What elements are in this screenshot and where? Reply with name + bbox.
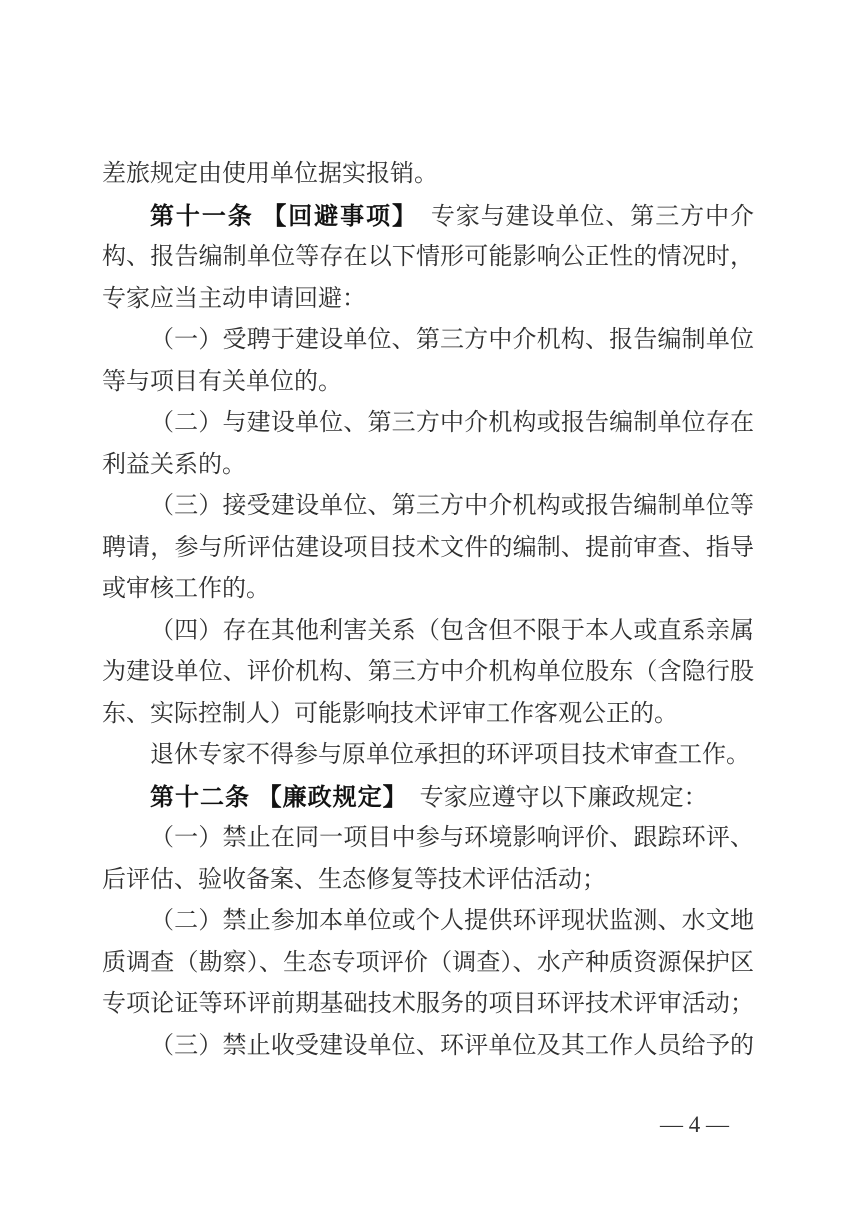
- article-12-heading: 第十二条 【廉政规定】: [150, 784, 396, 811]
- text-line: 或审核工作的。: [102, 569, 754, 611]
- text-line: 聘请，参与所评估建设项目技术文件的编制、提前审查、指导: [102, 528, 754, 570]
- text-line: 为建设单位、评价机构、第三方中介机构单位股东（含隐行股: [102, 652, 754, 694]
- text-line clause-item: （二）与建设单位、第三方中介机构或报告编制单位存在: [102, 403, 754, 445]
- text-line: 利益关系的。: [102, 445, 754, 487]
- text-line: 差旅规定由使用单位据实报销。: [102, 154, 754, 196]
- text-run: （二）与建设单位、第三方中介机构或报告编制单位存在: [150, 410, 754, 436]
- text-line: 后评估、验收备案、生态修复等技术评估活动；: [102, 860, 754, 902]
- text-line clause-item: （一）禁止在同一项目中参与环境影响评价、跟踪环评、: [102, 818, 754, 860]
- text-line: 构、报告编制单位等存在以下情形可能影响公正性的情况时，: [102, 237, 754, 279]
- text-run: （四）存在其他利害关系（包含但不限于本人或直系亲属: [150, 618, 754, 644]
- text-line clause-item: （二）禁止参加本单位或个人提供环评现状监测、水文地: [102, 901, 754, 943]
- text-run: （三）接受建设单位、第三方中介机构或报告编制单位等: [150, 493, 754, 519]
- text-run: 专家应遵守以下廉政规定：: [396, 785, 708, 811]
- text-run: （一）受聘于建设单位、第三方中介机构、报告编制单位: [150, 327, 754, 353]
- text-run: 差旅规定由使用单位据实报销。: [102, 161, 438, 187]
- text-run: 退休专家不得参与原单位承担的环评项目技术审查工作。: [150, 742, 750, 768]
- text-line clause-item: （三）接受建设单位、第三方中介机构或报告编制单位等: [102, 486, 754, 528]
- text-run: 东、实际控制人）可能影响技术评审工作客观公正的。: [102, 701, 678, 727]
- text-run: （二）禁止参加本单位或个人提供环评现状监测、水文地: [150, 908, 754, 934]
- text-run: 为建设单位、评价机构、第三方中介机构单位股东（含隐行股: [102, 659, 754, 685]
- text-line: 第十一条 【回避事项】 专家与建设单位、第三方中介机: [102, 196, 754, 238]
- text-line: 质调查（勘察）、生态专项评价（调查）、水产种质资源保护区: [102, 943, 754, 985]
- text-run: （一）禁止在同一项目中参与环境影响评价、跟踪环评、: [150, 825, 754, 851]
- text-run: 质调查（勘察）、生态专项评价（调查）、水产种质资源保护区: [102, 950, 754, 976]
- article-11-heading: 第十一条 【回避事项】: [150, 203, 406, 230]
- text-run: 专家应当主动申请回避：: [102, 286, 366, 312]
- text-line: 退休专家不得参与原单位承担的环评项目技术审查工作。: [102, 735, 754, 777]
- text-run: 利益关系的。: [102, 452, 246, 478]
- text-line: 专家应当主动申请回避：: [102, 279, 754, 321]
- page-number: — 4 —: [637, 1110, 752, 1140]
- text-line clause-item: （三）禁止收受建设单位、环评单位及其工作人员给予的: [102, 1026, 754, 1068]
- text-line: 专项论证等环评前期基础技术服务的项目环评技术评审活动；: [102, 984, 754, 1026]
- text-line clause-item: （四）存在其他利害关系（包含但不限于本人或直系亲属: [102, 611, 754, 653]
- text-run: 或审核工作的。: [102, 576, 270, 602]
- text-run: 聘请，参与所评估建设项目技术文件的编制、提前审查、指导: [102, 535, 754, 561]
- text-line: 第十二条 【廉政规定】 专家应遵守以下廉政规定：: [102, 777, 754, 819]
- document-page: 差旅规定由使用单位据实报销。 第十一条 【回避事项】 专家与建设单位、第三方中介…: [0, 0, 868, 1227]
- text-run: 后评估、验收备案、生态修复等技术评估活动；: [102, 867, 606, 893]
- document-body: 差旅规定由使用单位据实报销。 第十一条 【回避事项】 专家与建设单位、第三方中介…: [102, 154, 754, 1067]
- text-run: 构、报告编制单位等存在以下情形可能影响公正性的情况时，: [102, 244, 754, 270]
- text-run: （三）禁止收受建设单位、环评单位及其工作人员给予的: [150, 1033, 754, 1059]
- text-line: 等与项目有关单位的。: [102, 362, 754, 404]
- text-run: 专项论证等环评前期基础技术服务的项目环评技术评审活动；: [102, 991, 754, 1017]
- text-run: 等与项目有关单位的。: [102, 369, 342, 395]
- text-line: 东、实际控制人）可能影响技术评审工作客观公正的。: [102, 694, 754, 736]
- text-line clause-item: （一）受聘于建设单位、第三方中介机构、报告编制单位: [102, 320, 754, 362]
